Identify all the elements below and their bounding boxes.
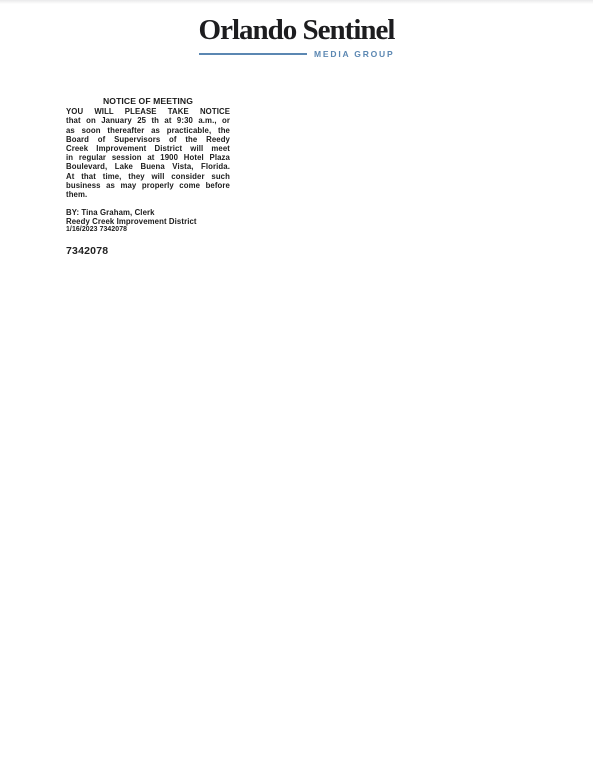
notice-line: in regular session at 1900 Hotel Plaza bbox=[66, 153, 230, 162]
notice-line: as soon thereafter as practicable, the bbox=[66, 126, 230, 135]
publication-date-line: 1/16/2023 7342078 bbox=[66, 226, 230, 235]
notice-line: that on January 25 th at 9:30 a.m., or bbox=[66, 116, 230, 125]
signature-block: BY: Tina Graham, Clerk Reedy Creek Impro… bbox=[66, 208, 230, 235]
masthead: Orlando Sentinel MEDIA GROUP bbox=[0, 16, 593, 59]
orlando-sentinel-logo: Orlando Sentinel MEDIA GROUP bbox=[199, 16, 395, 59]
notice-line: Creek Improvement District will meet bbox=[66, 144, 230, 153]
notice-line: At that time, they will consider such bbox=[66, 172, 230, 181]
clerk-by-line: BY: Tina Graham, Clerk bbox=[66, 208, 230, 217]
notice-body: YOU WILL PLEASE TAKE NOTICE that on Janu… bbox=[66, 107, 230, 199]
notice-line: Board of Supervisors of the Reedy bbox=[66, 135, 230, 144]
legal-notice: NOTICE OF MEETING YOU WILL PLEASE TAKE N… bbox=[66, 97, 230, 257]
tagline-rule bbox=[199, 53, 308, 55]
notice-line: them. bbox=[66, 190, 230, 199]
media-group-tagline: MEDIA GROUP bbox=[314, 49, 394, 59]
wordmark: Orlando Sentinel bbox=[199, 16, 395, 45]
ad-number: 7342078 bbox=[66, 245, 230, 257]
tagline-row: MEDIA GROUP bbox=[199, 49, 395, 59]
page-top-shadow bbox=[0, 0, 593, 4]
notice-line: business as may properly come before bbox=[66, 181, 230, 190]
notice-line: YOU WILL PLEASE TAKE NOTICE bbox=[66, 107, 230, 116]
notice-heading: NOTICE OF MEETING bbox=[66, 97, 230, 106]
organization-line: Reedy Creek Improvement District bbox=[66, 217, 230, 226]
notice-line: Boulevard, Lake Buena Vista, Florida. bbox=[66, 162, 230, 171]
